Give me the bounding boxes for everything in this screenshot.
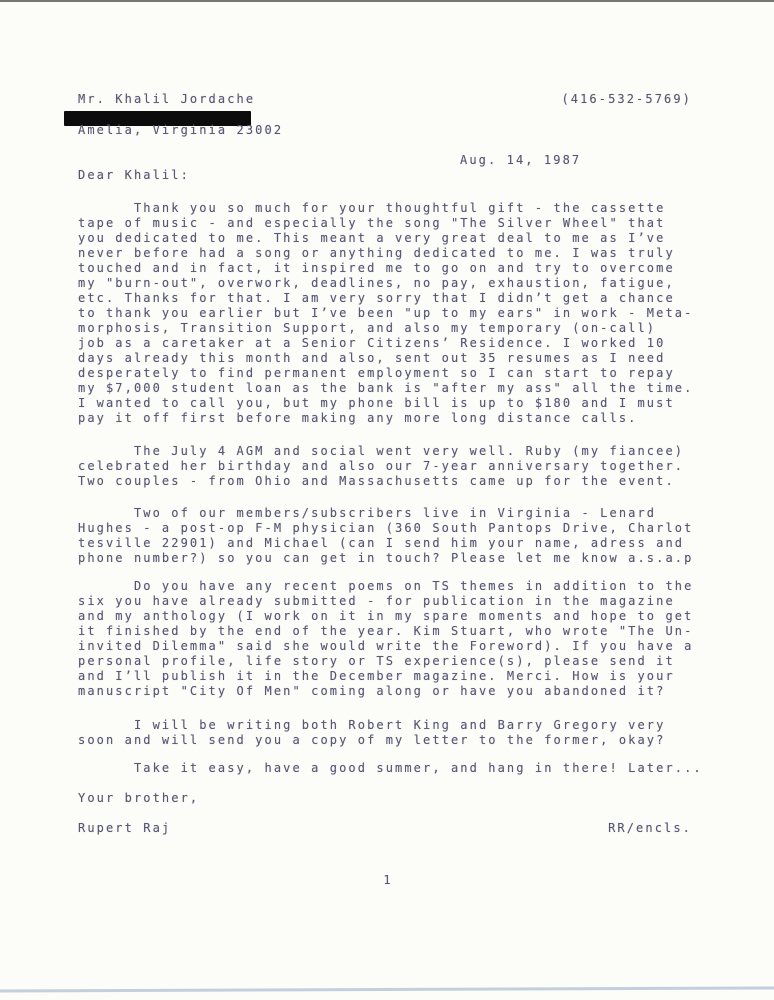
signature-row: Rupert Raj RR/encls. bbox=[78, 821, 692, 836]
paragraph-1: Thank you so much for your thoughtful gi… bbox=[78, 201, 693, 426]
paragraph-5: I will be writing both Robert King and B… bbox=[78, 718, 665, 748]
page-number: 1 bbox=[0, 873, 774, 888]
reference-initials: RR/encls. bbox=[608, 821, 692, 836]
date-line: Aug. 14, 1987 bbox=[460, 153, 581, 168]
scan-bottom-edge bbox=[0, 986, 774, 992]
salutation: Dear Khalil: bbox=[78, 168, 190, 183]
scan-top-edge bbox=[0, 0, 774, 2]
valediction: Your brother, bbox=[78, 791, 199, 806]
signature-name: Rupert Raj bbox=[78, 821, 171, 836]
paragraph-3: Two of our members/subscribers live in V… bbox=[78, 506, 693, 566]
paragraph-2: The July 4 AGM and social went very well… bbox=[78, 444, 684, 489]
phone-number: (416-532-5769) bbox=[561, 92, 692, 107]
address-line: Amelia, Virginia 23002 bbox=[78, 123, 283, 138]
paragraph-6: Take it easy, have a good summer, and ha… bbox=[78, 761, 703, 776]
recipient-row: Mr. Khalil Jordache (416-532-5769) bbox=[78, 92, 692, 107]
letter-page: Mr. Khalil Jordache (416-532-5769) Ameli… bbox=[0, 0, 774, 1000]
recipient-name: Mr. Khalil Jordache bbox=[78, 92, 255, 107]
paragraph-4: Do you have any recent poems on TS theme… bbox=[78, 579, 693, 699]
